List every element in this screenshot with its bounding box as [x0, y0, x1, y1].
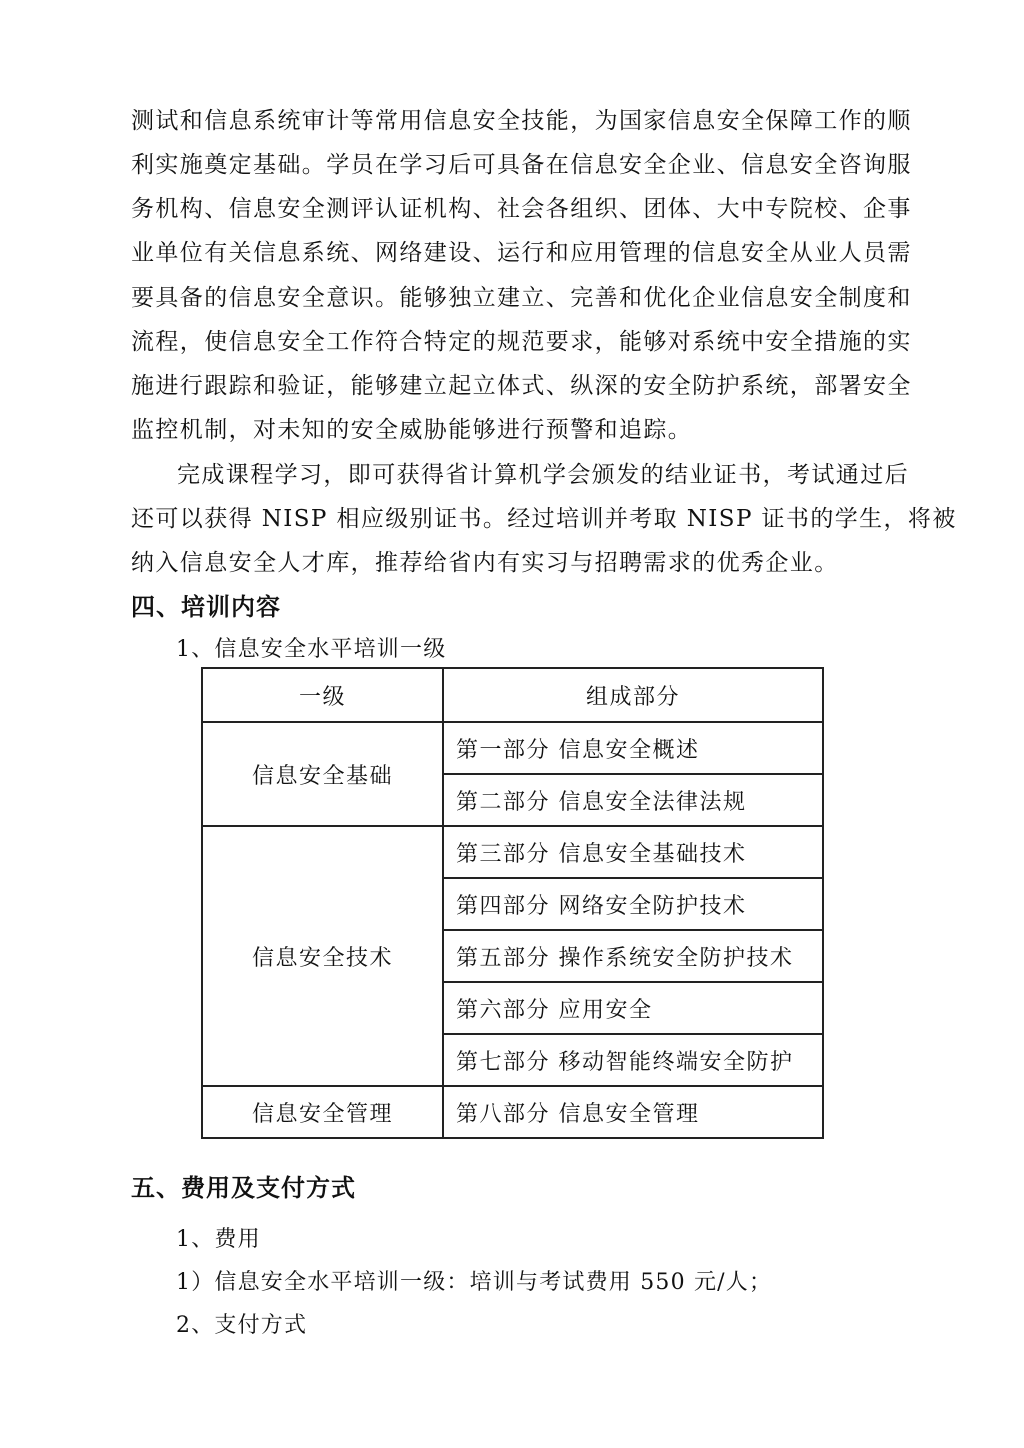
header-level: 一级 [202, 668, 443, 722]
part-cell: 第二部分 信息安全法律法规 [443, 774, 823, 826]
part-cell: 第五部分 操作系统安全防护技术 [443, 930, 823, 982]
paragraph-line: 还可以获得 NISP 相应级别证书。经过培训并考取 NISP 证书的学生，将被 [131, 504, 901, 534]
table-header-row: 一级 组成部分 [202, 668, 823, 722]
paragraph-line: 业单位有关信息系统、网络建设、运行和应用管理的信息安全从业人员需 [131, 238, 901, 268]
subsection-level-one: 1、信息安全水平培训一级 [176, 635, 446, 665]
section-heading-fees: 五、费用及支付方式 [131, 1173, 356, 1203]
paragraph-line: 监控机制，对未知的安全威胁能够进行预警和追踪。 [131, 415, 901, 445]
part-cell: 第一部分 信息安全概述 [443, 722, 823, 774]
part-cell: 第八部分 信息安全管理 [443, 1086, 823, 1138]
fee-item: 1）信息安全水平培训一级：培训与考试费用 550 元/人； [176, 1268, 772, 1298]
payment-label: 2、支付方式 [176, 1311, 307, 1341]
fee-label: 1、费用 [176, 1225, 261, 1255]
paragraph-line: 流程，使信息安全工作符合特定的规范要求，能够对系统中安全措施的实 [131, 327, 901, 357]
paragraph-line: 施进行跟踪和验证，能够建立起立体式、纵深的安全防护系统，部署安全 [131, 371, 901, 401]
category-cell: 信息安全基础 [202, 722, 443, 826]
paragraph-line: 务机构、信息安全测评认证机构、社会各组织、团体、大中专院校、企事 [131, 194, 901, 224]
document-page: 测试和信息系统审计等常用信息安全技能，为国家信息安全保障工作的顺 利实施奠定基础… [0, 0, 1024, 1448]
category-cell: 信息安全管理 [202, 1086, 443, 1138]
part-cell: 第四部分 网络安全防护技术 [443, 878, 823, 930]
section-heading-training-content: 四、培训内容 [131, 592, 281, 622]
table-row: 信息安全技术 第三部分 信息安全基础技术 [202, 826, 823, 878]
paragraph-line: 要具备的信息安全意识。能够独立建立、完善和优化企业信息安全制度和 [131, 283, 901, 313]
paragraph-line: 纳入信息安全人才库，推荐给省内有实习与招聘需求的优秀企业。 [131, 548, 901, 578]
table-row: 信息安全基础 第一部分 信息安全概述 [202, 722, 823, 774]
part-cell: 第三部分 信息安全基础技术 [443, 826, 823, 878]
category-cell: 信息安全技术 [202, 826, 443, 1086]
part-cell: 第七部分 移动智能终端安全防护 [443, 1034, 823, 1086]
curriculum-table: 一级 组成部分 信息安全基础 第一部分 信息安全概述 第二部分 信息安全法律法规… [201, 667, 824, 1139]
part-cell: 第六部分 应用安全 [443, 982, 823, 1034]
paragraph-line: 完成课程学习，即可获得省计算机学会颁发的结业证书，考试通过后 [177, 460, 901, 490]
header-parts: 组成部分 [443, 668, 823, 722]
paragraph-line: 利实施奠定基础。学员在学习后可具备在信息安全企业、信息安全咨询服 [131, 150, 901, 180]
paragraph-line: 测试和信息系统审计等常用信息安全技能，为国家信息安全保障工作的顺 [131, 106, 901, 136]
table-row: 信息安全管理 第八部分 信息安全管理 [202, 1086, 823, 1138]
